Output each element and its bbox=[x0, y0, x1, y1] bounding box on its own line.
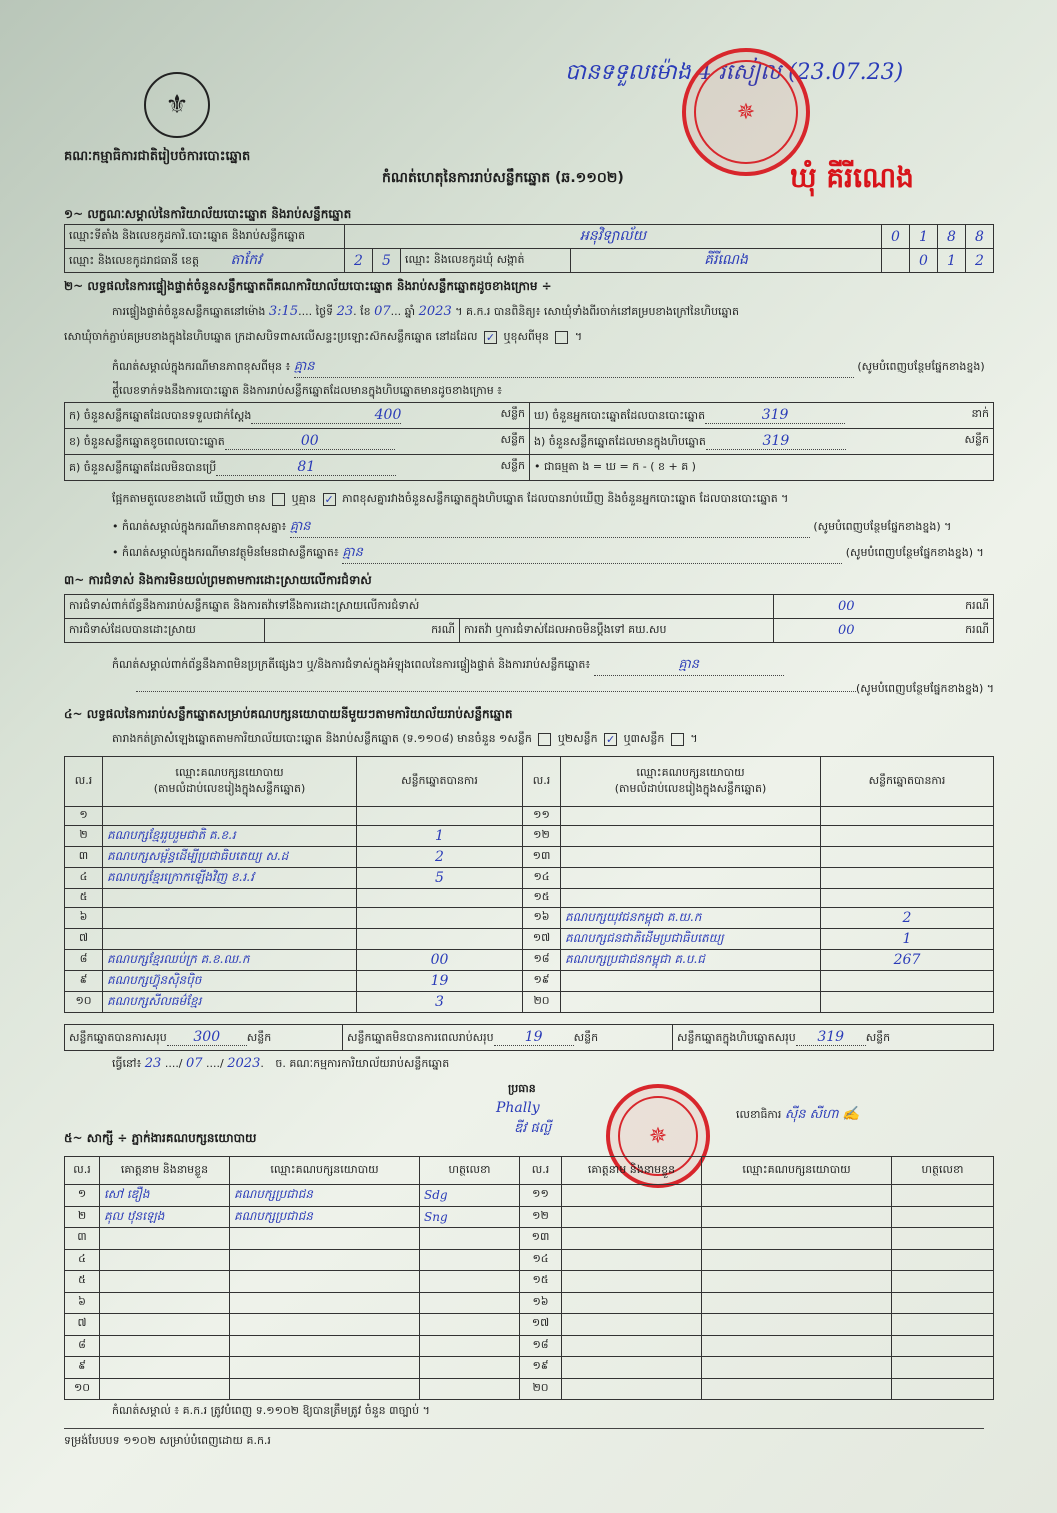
commune-code-digit: 0 bbox=[910, 249, 938, 273]
table-row: ៥១៥ bbox=[65, 1271, 994, 1293]
party-votes bbox=[821, 807, 994, 826]
foreign-object-note-line: • កំណត់សម្គាល់ក្នុងករណីមានវត្ថុមិនមែនជាស… bbox=[112, 544, 984, 564]
party-number: ៦ bbox=[65, 908, 103, 929]
table-row: ៨១៨ bbox=[65, 1335, 994, 1357]
table-row: ៣គណបក្សសម្ព័ន្ធដើម្បីប្រជាធិបតេយ្យ ស.ដ2១… bbox=[65, 847, 994, 868]
party-name bbox=[103, 807, 357, 826]
witness-name bbox=[562, 1357, 702, 1379]
commune-label: ឈ្មោះ និងលេខកូដឃុំ សង្កាត់ bbox=[401, 249, 571, 273]
province-value: តាកែវ bbox=[231, 252, 262, 268]
witnesses-table: ល.រ គោត្តនាម និងនាមខ្លួន ឈ្មោះគណបក្សនយោប… bbox=[64, 1156, 994, 1400]
party-name bbox=[561, 971, 821, 992]
party-name bbox=[103, 908, 357, 929]
discrepancy-note-line: • កំណត់សម្គាល់ក្នុងករណីមានភាពខុសគ្នា៖ គ្… bbox=[112, 518, 951, 538]
witness-name bbox=[562, 1249, 702, 1271]
witness-name bbox=[562, 1185, 702, 1207]
commune-stamp-label: ឃុំ គីរីណេង bbox=[790, 160, 914, 201]
table-row: ៨គណបក្សខ្មែរឈប់ក្រ គ.ខ.ឈ.ក00១៨គណបក្សប្រជ… bbox=[65, 950, 994, 971]
witness-name bbox=[100, 1335, 230, 1357]
chair-signature: Phally bbox=[496, 1100, 540, 1116]
party-votes: 2 bbox=[357, 847, 523, 868]
witness-signature bbox=[892, 1185, 994, 1207]
tally-sheets-line: តារាងកត់ត្រាសំឡេងឆ្នោតតាមការិយាល័យបោះឆ្ន… bbox=[112, 732, 698, 748]
witness-name bbox=[100, 1314, 230, 1336]
party-votes: 1 bbox=[821, 929, 994, 950]
witness-number: ៩ bbox=[65, 1357, 100, 1379]
polling-station-label: ឈ្មោះទីតាំង និងលេខកូដការិ.បោះឆ្នោត និងរា… bbox=[65, 225, 345, 249]
party-number: ១៥ bbox=[523, 889, 561, 908]
party-number: ៥ bbox=[65, 889, 103, 908]
secretary-line: លេខាធិការ ស៊ីន សីហា ✍ bbox=[736, 1106, 859, 1125]
province-code-digit: 5 bbox=[373, 249, 401, 273]
discrepancy-note-value: គ្មាន bbox=[290, 518, 810, 538]
witness-number: ១៤ bbox=[520, 1249, 562, 1271]
witness-signature bbox=[892, 1314, 994, 1336]
witness-party bbox=[702, 1185, 892, 1207]
party-name bbox=[561, 992, 821, 1013]
table-row: ១០២០ bbox=[65, 1378, 994, 1400]
footnote: កំណត់សម្គាល់ ៖ គ.ក.រ ត្រូវបំពេញ ទ.១១០២ ឱ… bbox=[112, 1404, 430, 1420]
witness-number: ១៩ bbox=[520, 1357, 562, 1379]
witness-number: ១៧ bbox=[520, 1314, 562, 1336]
witness-signature bbox=[892, 1271, 994, 1293]
table-row: ៩គណបក្សហ៊្វុនស៊ិនប៉ិច19១៩ bbox=[65, 971, 994, 992]
party-name: គណបក្សសីលធម៌ខ្មែរ bbox=[103, 992, 357, 1013]
witness-signature bbox=[420, 1271, 520, 1293]
witness-number: ១ bbox=[65, 1185, 100, 1207]
witness-party bbox=[230, 1357, 420, 1379]
witness-number: ១១ bbox=[520, 1185, 562, 1207]
witness-party bbox=[702, 1249, 892, 1271]
witness-signature bbox=[892, 1249, 994, 1271]
polling-station-value: អនុវិទ្យាល័យ bbox=[345, 225, 882, 249]
table-row: ២គណបក្សខ្មែររួបរួមជាតិ គ.ខ.រ1១២ bbox=[65, 826, 994, 847]
witness-name bbox=[100, 1357, 230, 1379]
party-number: ១៦ bbox=[523, 908, 561, 929]
verification-day: 23 bbox=[337, 304, 354, 319]
box-total-value: 319 bbox=[796, 1029, 866, 1046]
party-name bbox=[561, 826, 821, 847]
election-count-form: ⚜ គណៈកម្មាធិការជាតិរៀបចំការបោះឆ្នោត កំណត… bbox=[0, 0, 1057, 1513]
witness-party bbox=[230, 1314, 420, 1336]
party-number: ១៨ bbox=[523, 950, 561, 971]
party-number: ១២ bbox=[523, 826, 561, 847]
witness-signature bbox=[892, 1335, 994, 1357]
witness-signature bbox=[420, 1314, 520, 1336]
party-number: ៣ bbox=[65, 847, 103, 868]
party-votes: 3 bbox=[357, 992, 523, 1013]
witness-party: គណបក្សប្រជាជន bbox=[230, 1185, 420, 1207]
witness-party bbox=[230, 1292, 420, 1314]
party-name bbox=[103, 929, 357, 950]
party-results-table: ល.រ ឈ្មោះគណបក្សនយោបាយ(តាមលំដាប់លេខរៀងក្ន… bbox=[64, 756, 994, 1013]
witness-name bbox=[100, 1228, 230, 1250]
commune-code-digit: 2 bbox=[966, 249, 994, 273]
comparison-line: ផ្អែកតាមតួលេខខាងលើ ឃើញថា មាន ឬគ្មាន ✓ ភា… bbox=[112, 492, 992, 508]
table-row: ១០គណបក្សសីលធម៌ខ្មែរ3២០ bbox=[65, 992, 994, 1013]
section1-title: ១~ លក្ខណៈសម្គាល់នៃការិយាល័យបោះឆ្នោត និងរ… bbox=[64, 206, 351, 224]
witness-name: សៅ ឌឿង bbox=[100, 1185, 230, 1207]
witness-number: ១៥ bbox=[520, 1271, 562, 1293]
table-row: ៦១៦គណបក្សយុវជនកម្ពុជា គ.យ.ក2 bbox=[65, 908, 994, 929]
party-number: ១ bbox=[65, 807, 103, 826]
station-code-digit: 1 bbox=[910, 225, 938, 249]
witness-party bbox=[702, 1314, 892, 1336]
signing-month: 07 bbox=[186, 1056, 203, 1071]
party-number: ៧ bbox=[65, 929, 103, 950]
party-name: គណបក្សខ្មែររួបរួមជាតិ គ.ខ.រ bbox=[103, 826, 357, 847]
table-row: ៧១៧គណបក្សជនជាតិដើមប្រជាធិបតេយ្យ1 bbox=[65, 929, 994, 950]
witness-name: គុល ឋុនឡេង bbox=[100, 1206, 230, 1228]
party-votes bbox=[821, 868, 994, 889]
party-votes: 267 bbox=[821, 950, 994, 971]
irregularities-hint: (សូមបំពេញបន្ថែមផ្នែកខាងខ្នង) ។ bbox=[64, 682, 994, 698]
witness-number: ៥ bbox=[65, 1271, 100, 1293]
verification-line-1: ការផ្ទៀងផ្ទាត់ចំនួនសន្លឹកឆ្នោតនៅម៉ោង 3:1… bbox=[112, 304, 739, 321]
witness-party: គណបក្សប្រជាជន bbox=[230, 1206, 420, 1228]
party-name bbox=[561, 847, 821, 868]
ballots-received-value: 400 bbox=[251, 407, 401, 424]
party-name: គណបក្សខ្មែរឈប់ក្រ គ.ខ.ឈ.ក bbox=[103, 950, 357, 971]
witness-signature bbox=[420, 1228, 520, 1250]
organization-name: គណៈកម្មាធិការជាតិរៀបចំការបោះឆ្នោត bbox=[64, 148, 250, 167]
party-number: ១៩ bbox=[523, 971, 561, 992]
table-row: ៩១៩ bbox=[65, 1357, 994, 1379]
section5-title: ៥~ សាក្សី ÷ ភ្នាក់ងារគណបក្សនយោបាយ bbox=[64, 1130, 256, 1148]
voters-voted-value: 319 bbox=[705, 407, 845, 424]
appeals-value: 00 bbox=[838, 623, 855, 638]
witness-name bbox=[562, 1292, 702, 1314]
party-name: គណបក្សយុវជនកម្ពុជា គ.យ.ក bbox=[561, 908, 821, 929]
witness-signature bbox=[420, 1378, 520, 1400]
two-sheets-checkbox[interactable]: ✓ bbox=[604, 733, 617, 746]
party-votes bbox=[821, 847, 994, 868]
station-code-digit: 8 bbox=[966, 225, 994, 249]
party-votes bbox=[357, 807, 523, 826]
party-number: ៩ bbox=[65, 971, 103, 992]
witness-party bbox=[702, 1271, 892, 1293]
party-name: គណបក្សខ្មែរក្រោកឡើងវិញ ខ.រ.វ bbox=[103, 868, 357, 889]
objections-value: 00 bbox=[838, 599, 855, 614]
party-number: ២០ bbox=[523, 992, 561, 1013]
witness-number: ២ bbox=[65, 1206, 100, 1228]
witness-party bbox=[230, 1335, 420, 1357]
witness-number: ២០ bbox=[520, 1378, 562, 1400]
chair-name: ឌីវ ផល្លី bbox=[514, 1120, 551, 1139]
party-number: ១៤ bbox=[523, 868, 561, 889]
witness-party bbox=[702, 1378, 892, 1400]
witness-number: ៨ bbox=[65, 1335, 100, 1357]
witness-number: ៤ bbox=[65, 1249, 100, 1271]
totals-table: សន្លឹកឆ្នោតបានការសរុប300សន្លឹក សន្លឹកឆ្ន… bbox=[64, 1024, 994, 1051]
witness-name bbox=[562, 1314, 702, 1336]
party-number: ១០ bbox=[65, 992, 103, 1013]
polling-station-table: ឈ្មោះទីតាំង និងលេខកូដការិ.បោះឆ្នោត និងរា… bbox=[64, 224, 994, 273]
verification-line-2: សោឃុំចាក់ភ្ជាប់គម្របខាងក្នុងនៃហិបឆ្នោត ក… bbox=[64, 330, 582, 346]
irregularities-note-value: គ្មាន bbox=[594, 656, 784, 676]
station-code-digit: 8 bbox=[938, 225, 966, 249]
party-votes: 1 bbox=[357, 826, 523, 847]
official-seal-stamp-icon: ✵ bbox=[682, 48, 810, 176]
party-number: ១៣ bbox=[523, 847, 561, 868]
invalid-total-value: 19 bbox=[494, 1029, 574, 1046]
table-row: ៤១៤ bbox=[65, 1249, 994, 1271]
station-code-digit: 0 bbox=[882, 225, 910, 249]
emblem-icon: ⚜ bbox=[144, 72, 210, 138]
witness-party bbox=[702, 1292, 892, 1314]
party-number: ២ bbox=[65, 826, 103, 847]
verification-year: 2023 bbox=[419, 304, 452, 319]
province-code-digit: 2 bbox=[345, 249, 373, 273]
witness-number: ៧ bbox=[65, 1314, 100, 1336]
witness-signature bbox=[892, 1378, 994, 1400]
party-votes bbox=[821, 971, 994, 992]
party-votes bbox=[357, 929, 523, 950]
witness-party bbox=[230, 1378, 420, 1400]
table-row: ៣១៣ bbox=[65, 1228, 994, 1250]
table-row: ៦១៦ bbox=[65, 1292, 994, 1314]
signing-date-line: ធ្វើនៅ៖ 23 ..../ 07 ..../ 2023. ច. គណៈកម… bbox=[112, 1056, 449, 1073]
table-row: ១១១ bbox=[65, 807, 994, 826]
ballots-in-box-value: 319 bbox=[706, 433, 846, 450]
party-name bbox=[103, 889, 357, 908]
section3-title: ៣~ ការជំទាស់ និងការមិនយល់ព្រមតាមការដោះស្… bbox=[64, 572, 372, 590]
party-votes bbox=[357, 908, 523, 929]
witness-number: ១៣ bbox=[520, 1228, 562, 1250]
witness-signature: Sng bbox=[420, 1206, 520, 1228]
witness-party bbox=[702, 1335, 892, 1357]
valid-total-value: 300 bbox=[167, 1029, 247, 1046]
secretary-signature-icon: ✍ bbox=[842, 1106, 859, 1122]
witness-signature bbox=[892, 1357, 994, 1379]
party-name: គណបក្សសម្ព័ន្ធដើម្បីប្រជាធិបតេយ្យ ស.ដ bbox=[103, 847, 357, 868]
witness-number: ១០ bbox=[65, 1378, 100, 1400]
witness-name bbox=[100, 1292, 230, 1314]
witness-name bbox=[562, 1271, 702, 1293]
different-checkbox[interactable] bbox=[555, 331, 568, 344]
commune-value: គីរីណេង bbox=[571, 249, 882, 273]
table-row: ៥១៥ bbox=[65, 889, 994, 908]
witness-signature bbox=[420, 1357, 520, 1379]
party-number: ១៧ bbox=[523, 929, 561, 950]
witness-name bbox=[562, 1228, 702, 1250]
foreign-object-note-value: គ្មាន bbox=[342, 544, 842, 564]
three-sheets-checkbox[interactable] bbox=[671, 733, 684, 746]
party-name: គណបក្សជនជាតិដើមប្រជាធិបតេយ្យ bbox=[561, 929, 821, 950]
witness-number: ១៦ bbox=[520, 1292, 562, 1314]
formula-note: • ជាធម្មតា ង = ឃ = ក - ( ខ + គ ) bbox=[530, 455, 994, 481]
intact-checkbox[interactable]: ✓ bbox=[484, 331, 497, 344]
footer-divider bbox=[64, 1428, 984, 1429]
signing-year: 2023 bbox=[227, 1056, 260, 1071]
party-votes bbox=[821, 889, 994, 908]
party-name bbox=[561, 868, 821, 889]
witness-signature bbox=[420, 1335, 520, 1357]
section2-title: ២~ លទ្ធផលនៃការផ្ទៀងផ្ទាត់ចំនួនសន្លឹកឆ្នោ… bbox=[64, 278, 552, 296]
appeals-label: ការតវ៉ា ឬការជំទាស់ដែលអាចមិនប្តឹងទៅ គឃ.សប bbox=[460, 619, 774, 643]
verification-month: 07 bbox=[374, 304, 391, 319]
witness-number: ៦ bbox=[65, 1292, 100, 1314]
party-number: ១១ bbox=[523, 807, 561, 826]
witness-party bbox=[702, 1228, 892, 1250]
chair-label: ប្រធាន bbox=[508, 1082, 536, 1098]
table-row: ៧១៧ bbox=[65, 1314, 994, 1336]
spoiled-ballots-value: 00 bbox=[225, 433, 395, 450]
witness-signature bbox=[420, 1249, 520, 1271]
party-name: គណបក្សប្រជាជនកម្ពុជា គ.ប.ជ bbox=[561, 950, 821, 971]
form-code-label: ទម្រង់បែបបទ ១១០២ សម្រាប់បំពេញដោយ គ.ក.រ bbox=[64, 1434, 271, 1450]
witness-signature bbox=[892, 1228, 994, 1250]
witness-number: ១២ bbox=[520, 1206, 562, 1228]
party-votes bbox=[821, 826, 994, 847]
witness-name bbox=[562, 1378, 702, 1400]
resolved-objections-label: ការជំទាស់ដែលបានដោះស្រាយ bbox=[65, 619, 265, 643]
witness-party bbox=[702, 1206, 892, 1228]
party-number: ៨ bbox=[65, 950, 103, 971]
objections-table: ការជំទាស់ពាក់ព័ន្ធនឹងការរាប់សន្លឹកឆ្នោត … bbox=[64, 594, 994, 643]
party-name bbox=[561, 807, 821, 826]
witness-name bbox=[100, 1271, 230, 1293]
section4-title: ៤~ លទ្ធផលនៃការរាប់សន្លឹកឆ្នោតសម្រាប់គណបក… bbox=[64, 706, 513, 724]
verification-time: 3:15 bbox=[269, 304, 298, 319]
witness-party bbox=[702, 1357, 892, 1379]
table-row: ១សៅ ឌឿងគណបក្សប្រជាជនSdg១១ bbox=[65, 1185, 994, 1207]
witness-number: ១៨ bbox=[520, 1335, 562, 1357]
witness-signature bbox=[892, 1206, 994, 1228]
unused-ballots-value: 81 bbox=[216, 459, 396, 476]
party-votes: 19 bbox=[357, 971, 523, 992]
witness-party bbox=[230, 1271, 420, 1293]
party-votes bbox=[357, 889, 523, 908]
form-title: កំណត់ហេតុនៃការរាប់សន្លឹកឆ្នោត (ឆ.១១០២) bbox=[382, 168, 624, 189]
secretary-name: ស៊ីន សីហា bbox=[785, 1107, 839, 1122]
has-difference-checkbox[interactable] bbox=[272, 493, 285, 506]
irregularities-note-line: កំណត់សម្គាល់ពាក់ព័ន្ធនឹងភាពមិនប្រក្រតីផ្… bbox=[112, 656, 992, 676]
party-votes: 2 bbox=[821, 908, 994, 929]
commune-code-digit: 1 bbox=[938, 249, 966, 273]
witness-name bbox=[562, 1335, 702, 1357]
witness-signature: Sdg bbox=[420, 1185, 520, 1207]
one-sheet-checkbox[interactable] bbox=[538, 733, 551, 746]
witness-signature bbox=[892, 1292, 994, 1314]
difference-note-value: គ្មាន bbox=[294, 358, 854, 378]
ballot-figures-table: ក) ចំនួនសន្លឹកឆ្នោតដែលបានទទួលជាក់ស្តែង40… bbox=[64, 402, 994, 481]
witness-name bbox=[100, 1249, 230, 1271]
witness-party bbox=[230, 1228, 420, 1250]
party-number: ៤ bbox=[65, 868, 103, 889]
signing-day: 23 bbox=[145, 1056, 162, 1071]
party-votes: 00 bbox=[357, 950, 523, 971]
no-difference-checkbox[interactable]: ✓ bbox=[323, 493, 336, 506]
table-row: ២គុល ឋុនឡេងគណបក្សប្រជាជនSng១២ bbox=[65, 1206, 994, 1228]
party-votes: 5 bbox=[357, 868, 523, 889]
witness-name bbox=[562, 1206, 702, 1228]
witness-name bbox=[100, 1378, 230, 1400]
objections-label: ការជំទាស់ពាក់ព័ន្ធនឹងការរាប់សន្លឹកឆ្នោត … bbox=[65, 595, 774, 619]
witness-number: ៣ bbox=[65, 1228, 100, 1250]
party-votes bbox=[821, 992, 994, 1013]
witness-party bbox=[230, 1249, 420, 1271]
party-name bbox=[561, 889, 821, 908]
party-name: គណបក្សហ៊្វុនស៊ិនប៉ិច bbox=[103, 971, 357, 992]
figures-intro: តួលេខទាក់ទងនឹងការបោះឆ្នោត និងការរាប់សន្ល… bbox=[112, 384, 502, 400]
province-label: ឈ្មោះ និងលេខកូដរាជធានី ខេត្ត bbox=[69, 254, 199, 267]
table-row: ៤គណបក្សខ្មែរក្រោកឡើងវិញ ខ.រ.វ5១៤ bbox=[65, 868, 994, 889]
witness-signature bbox=[420, 1292, 520, 1314]
